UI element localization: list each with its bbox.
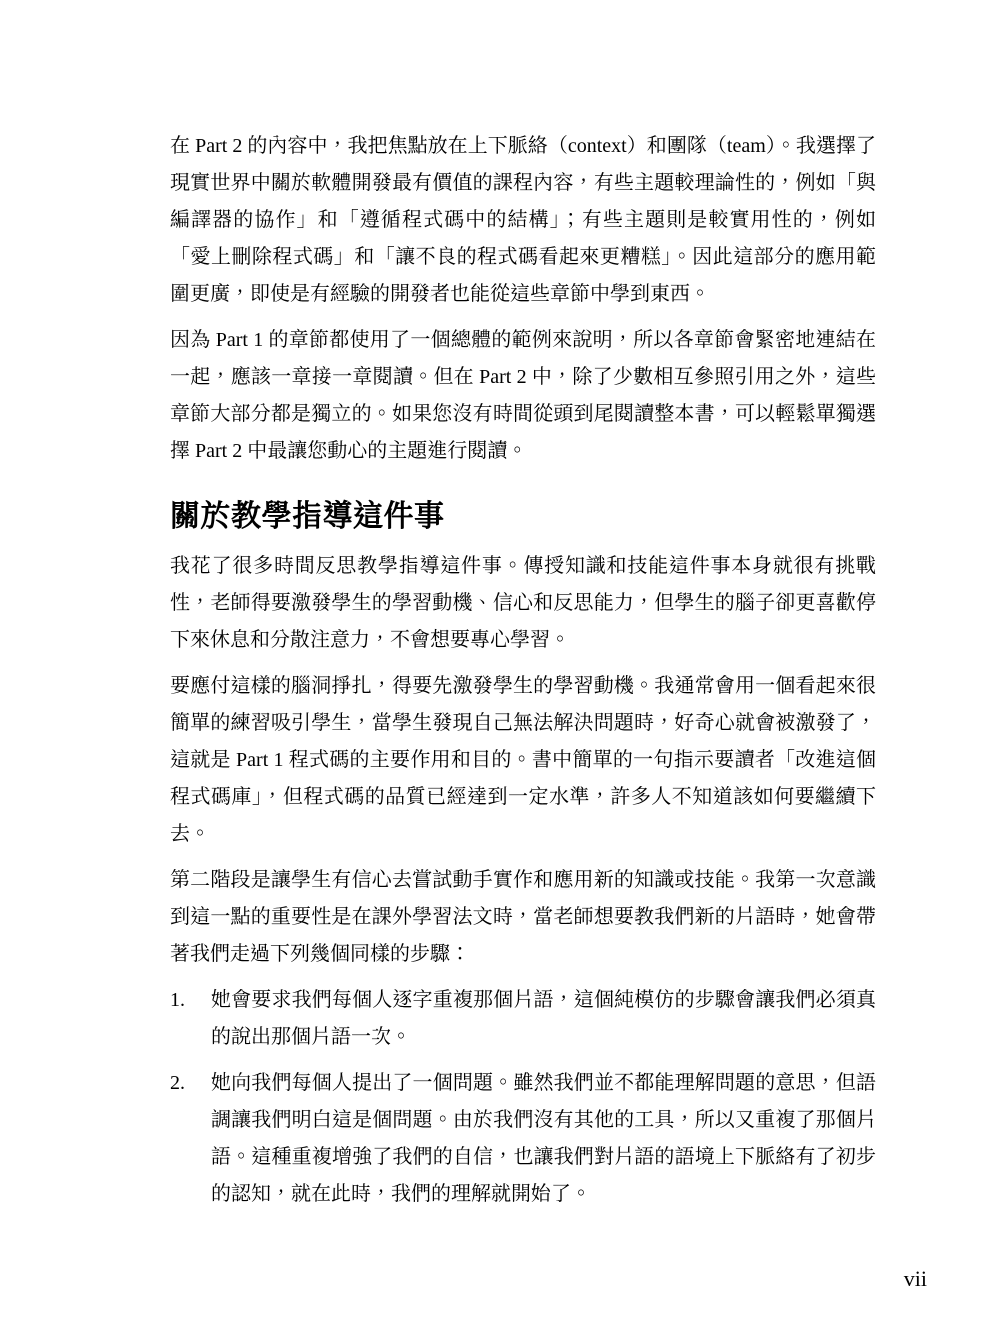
- book-page: 在 Part 2 的內容中，我把焦點放在上下脈絡（context）和團隊（tea…: [0, 0, 1000, 1341]
- intro-paragraph-1: 在 Part 2 的內容中，我把焦點放在上下脈絡（context）和團隊（tea…: [170, 128, 876, 313]
- section-paragraph-3: 第二階段是讓學生有信心去嘗試動手實作和應用新的知識或技能。我第一次意識到這一點的…: [170, 862, 876, 973]
- list-item: 1. 她會要求我們每個人逐字重複那個片語，這個純模仿的步驟會讓我們必須真的說出那…: [170, 982, 876, 1056]
- list-item-text: 她向我們每個人提出了一個問題。雖然我們並不都能理解問題的意思，但語調讓我們明白這…: [211, 1065, 876, 1213]
- section-paragraph-2: 要應付這樣的腦洞掙扎，得要先激發學生的學習動機。我通常會用一個看起來很簡單的練習…: [170, 668, 876, 853]
- page-number: vii: [904, 1264, 927, 1294]
- section-heading: 關於教學指導這件事: [170, 497, 876, 537]
- intro-paragraph-2: 因為 Part 1 的章節都使用了一個總體的範例來說明，所以各章節會緊密地連結在…: [170, 322, 876, 470]
- page-content: 在 Part 2 的內容中，我把焦點放在上下脈絡（context）和團隊（tea…: [170, 128, 876, 1222]
- list-item-text: 她會要求我們每個人逐字重複那個片語，這個純模仿的步驟會讓我們必須真的說出那個片語…: [211, 982, 876, 1056]
- list-item-marker: 2.: [170, 1065, 211, 1213]
- list-item: 2. 她向我們每個人提出了一個問題。雖然我們並不都能理解問題的意思，但語調讓我們…: [170, 1065, 876, 1213]
- numbered-list: 1. 她會要求我們每個人逐字重複那個片語，這個純模仿的步驟會讓我們必須真的說出那…: [170, 982, 876, 1213]
- section-paragraph-1: 我花了很多時間反思教學指導這件事。傳授知識和技能這件事本身就很有挑戰性，老師得要…: [170, 548, 876, 659]
- list-item-marker: 1.: [170, 982, 211, 1056]
